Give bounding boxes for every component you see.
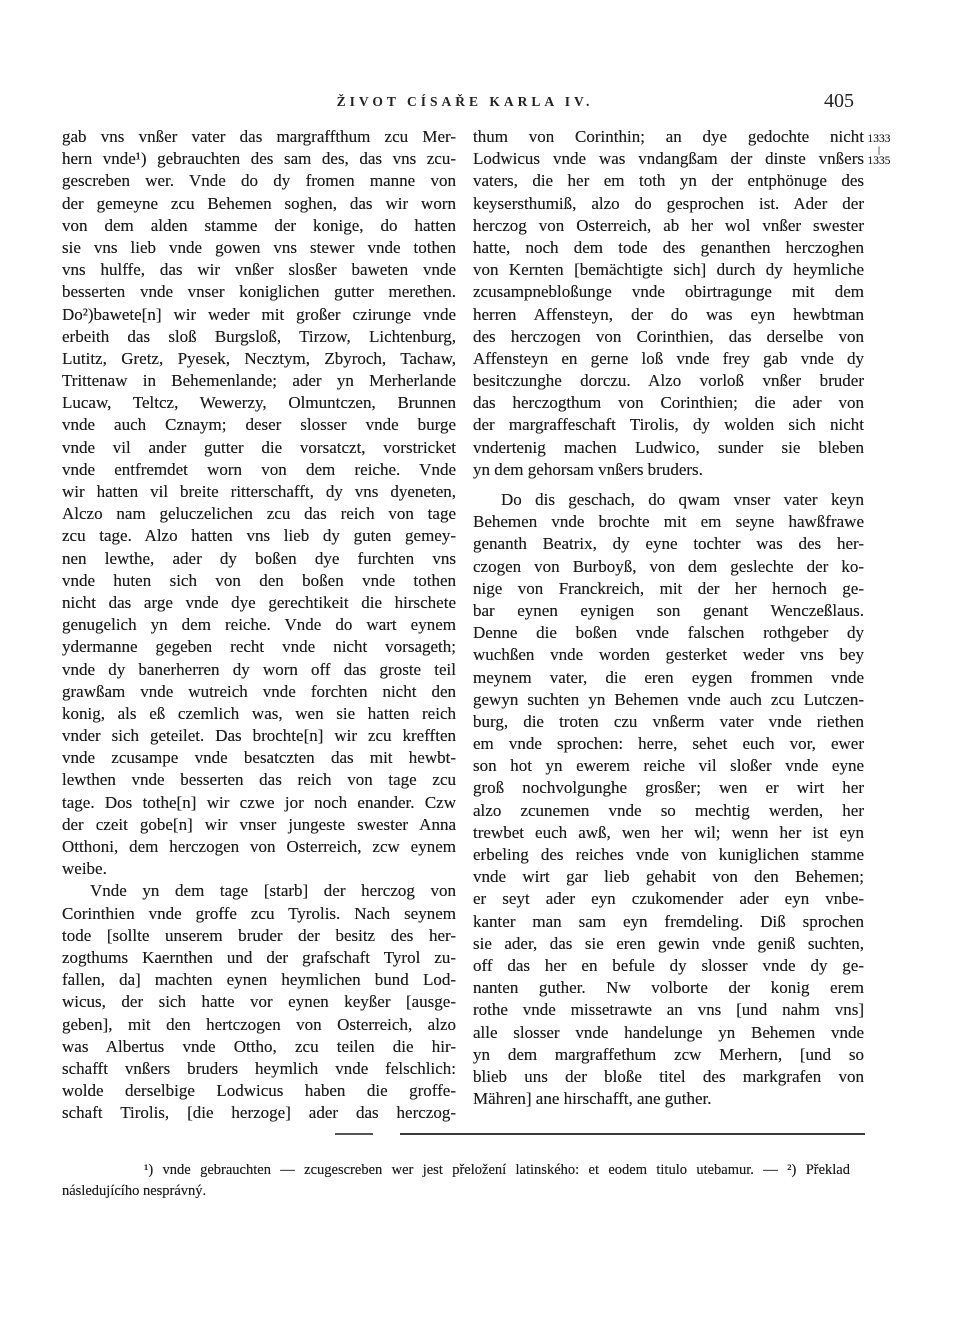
text-line: nanten guther. Nw volborte der konig ere… [473,977,864,999]
text-line: vnde auch Cznaym; deser slosser vnde bur… [62,414,456,436]
text-line: herczog von Osterreich, ab her wol vnßer… [473,215,864,237]
text-line: Mähren] ane hirschafft, ane guther. [473,1088,864,1110]
text-line: gewyn suchten yn Behemen vnde auch zcu L… [473,689,864,711]
text-line: was Albertus vnde Ottho, zcu teilen die … [62,1036,456,1058]
text-line: zcu tage. Alzo hatten vns lieb dy guten … [62,525,456,547]
text-line: gescreben wer. Vnde do dy fromen manne v… [62,170,456,192]
text-line: nen lewthe, ader dy boßen dye furchten v… [62,548,456,570]
page-number: 405 [824,90,884,113]
text-line: yn dem margraffethum zcw Merhern, [und s… [473,1044,864,1066]
text-line: trewbet euch awß, wen her wil; wenn her … [473,822,864,844]
text-line: der margraffeschaft Tirolis, dy wolden s… [473,414,864,436]
text-line: vnde zcusampe vnde besatczten das mit he… [62,747,456,769]
paragraph: ¹) vnde gebrauchten — zcugescreben wer j… [62,1160,850,1202]
text-line: nicht das arge vnde dye gerechtikeit die… [62,592,456,614]
text-line: Do dis geschach, do qwam vnser vater key… [473,489,864,511]
text-line: em vnde sprochen: herre, sehet euch vor,… [473,733,864,755]
text-line: wuchßen vnde worden gesterket weder vns … [473,644,864,666]
paragraph: gab vns vnßer vater das margraffthum zcu… [62,126,456,880]
text-line: Behemen vnde brochte mit em seyne hawßfr… [473,511,864,533]
text-line: schafft vnßers bruders heymlich vnde fel… [62,1058,456,1080]
text-line: vndertenig machen Ludwico, sunder sie bl… [473,437,864,459]
text-line: erbeith das sloß Burgsloß, Tirzow, Licht… [62,326,456,348]
text-line: keysersthumiß, alzo do gesprochen ist. A… [473,193,864,215]
text-line: ydermanne gegeben recht vnde nicht vorsa… [62,636,456,658]
text-line: nige von Franckreich, mit der her hernoc… [473,578,864,600]
text-line: Lucaw, Teltcz, Wewerzy, Olmuntczen, Brun… [62,392,456,414]
text-line: hern vnde¹) gebrauchten des sam des, das… [62,148,456,170]
text-line: zcusampnebloßunge vnde obirtragunge mit … [473,281,864,303]
text-line: hatte, noch dem tode des genanthen hercz… [473,237,864,259]
paragraph: Vnde yn dem tage [starb] der herczog von… [62,880,456,1124]
text-line: kanter man sam eyn fremdeling. Diß sproc… [473,911,864,933]
text-line: Affensteyn en gerne loß vnde frey gab vn… [473,348,864,370]
text-line: Vnde yn dem tage [starb] der herczog von [62,880,456,902]
text-line: blieb uns der bloße titel des markgrafen… [473,1066,864,1088]
text-line: gab vns vnßer vater das margraffthum zcu… [62,126,456,148]
text-line: off das her en befule dy slosser vnde dy… [473,955,864,977]
text-line: das herczogthum von Corinthien; die ader… [473,392,864,414]
text-line: herren Affensteyn, der do was eyn hewbtm… [473,304,864,326]
text-line: son hot yn ewerem reiche vil sloßer vnde… [473,755,864,777]
text-line: Do²)bawete[n] wir weder mit großer cziru… [62,304,456,326]
text-line: Trittenaw in Behemenlande; ader yn Merhe… [62,370,456,392]
text-line: der czeit gobe[n] wir vnser jungeste swe… [62,814,456,836]
paragraph: Do dis geschach, do qwam vnser vater key… [473,489,864,1110]
text-line: vnde wirt gar lieb gehabit von den Behem… [473,866,864,888]
text-line: des herczogen von Corinthien, das dersel… [473,326,864,348]
text-line: thum von Corinthin; an dye gedochte nich… [473,126,864,148]
footnotes: ¹) vnde gebrauchten — zcugescreben wer j… [62,1160,850,1202]
text-line: alle slosser vnde handelunge yn Behemen … [473,1022,864,1044]
text-line: konig, als eß czemlich was, wen sie hatt… [62,703,456,725]
text-column-right: thum von Corinthin; an dye gedochte nich… [473,126,864,1110]
text-line: vnde vil ander gutter die vorsatczt, vor… [62,437,456,459]
text-line: erbeling des reiches vnde von kunigliche… [473,844,864,866]
text-line: vaters, die her em toth yn der entphönug… [473,170,864,192]
text-line: wolde derselbige Lodwicus haben die grof… [62,1080,456,1102]
text-line: genanth Beatrix, dy eyne tochter was des… [473,533,864,555]
text-line: tode [sollte unserem bruder der besitz d… [62,925,456,947]
text-line: groß nochvolgunghe grosßer; wen er wirt … [473,777,864,799]
text-line: vnder sich geteilet. Das brochte[n] wir … [62,725,456,747]
book-page-scan: ŽIVOT CÍSAŘE KARLA IV. 405 gab vns vnßer… [0,0,960,1319]
text-line: geben], mit den hertczogen von Osterreic… [62,1014,456,1036]
text-line: Lodwicus vnde was vndangßam der dinste v… [473,148,864,170]
text-line: lewthen vnde besserten das reich von tag… [62,769,456,791]
text-line: genugelich yn dem reiche. Vnde do wart e… [62,614,456,636]
text-line: zogthums Kaernthen und der grafschaft Ty… [62,947,456,969]
text-line: Corinthien vnde groffe zcu Tyrolis. Nach… [62,903,456,925]
text-line: vnde entfremdet worn von dem reiche. Vnd… [62,459,456,481]
paragraph: thum von Corinthin; an dye gedochte nich… [473,126,864,481]
margin-year-end: 1335 [860,155,898,168]
text-line: vns hulffe, das wir vnßer slosßer bawete… [62,259,456,281]
text-line: von Kernten [bemächtigte sich] durch dy … [473,259,864,281]
text-line: schaft Tirolis, [die herzoge] ader das h… [62,1102,456,1124]
text-line: ¹) vnde gebrauchten — zcugescreben wer j… [62,1160,850,1181]
text-line: Denne die boßen vnde falschen rothgeber … [473,622,864,644]
text-line: burg, die troten czu vnßerm vater vnde r… [473,711,864,733]
text-line: Otthoni, dem herczogen von Osterreich, z… [62,836,456,858]
text-line: er seyt ader eyn czukomender ader eyn vn… [473,888,864,910]
margin-year-range: 1333 | 1335 [860,133,898,168]
text-line: wicus, der sich hatte vor eynen keyßer [… [62,991,456,1013]
text-line: vnde dy banerherren dy worn off das gros… [62,659,456,681]
text-line: von dem alden stamme der konige, do hatt… [62,215,456,237]
margin-year-separator: | [860,146,898,155]
text-line: grawßam vnde wutreich vnde forchten nich… [62,681,456,703]
text-line: následujícího nesprávný. [62,1181,850,1202]
footnote-rule [400,1133,865,1135]
text-column-left: gab vns vnßer vater das margraffthum zcu… [62,126,456,1124]
text-line: bar eynen eynigen son genant Wenczeßlaus… [473,600,864,622]
text-line: fallen, da] machten eynen heymlichen bun… [62,969,456,991]
text-line: yn dem gehorsam vnßers bruders. [473,459,864,481]
text-line: czogen von Burboyß, von dem geslechte de… [473,556,864,578]
text-line: Alczo nam geluczelichen zcu das reich vo… [62,503,456,525]
text-line: besitczunghe dorczu. Alzo vorloß vnßer b… [473,370,864,392]
text-line: tage. Dos tothe[n] wir czwe jor noch ena… [62,792,456,814]
text-line: alzo zcunemen vnde so mechtig werden, he… [473,800,864,822]
text-line: vnde huten sich von den boßen vnde tothe… [62,570,456,592]
text-line: Lutitz, Gretz, Pyesek, Necztym, Zbyroch,… [62,348,456,370]
text-line: wir hatten vil breite ritterschafft, dy … [62,481,456,503]
text-line: sie vns lieb vnde gowen vns stewer vnde … [62,237,456,259]
text-line: besserten vnde vnser koniglichen gutter … [62,281,456,303]
text-line: sie ader, das sie eren gewin vnde geniß … [473,933,864,955]
text-line: meynem vater, die eren eygen frommen vnd… [473,667,864,689]
text-line: weibe. [62,858,456,880]
text-line: der gemeyne zcu Behemen soghen, das wir … [62,193,456,215]
text-line: rothe vnde missetrawte an vns [und nahm … [473,999,864,1021]
footnote-rule-segment [335,1133,373,1135]
running-header-title: ŽIVOT CÍSAŘE KARLA IV. [0,94,930,110]
